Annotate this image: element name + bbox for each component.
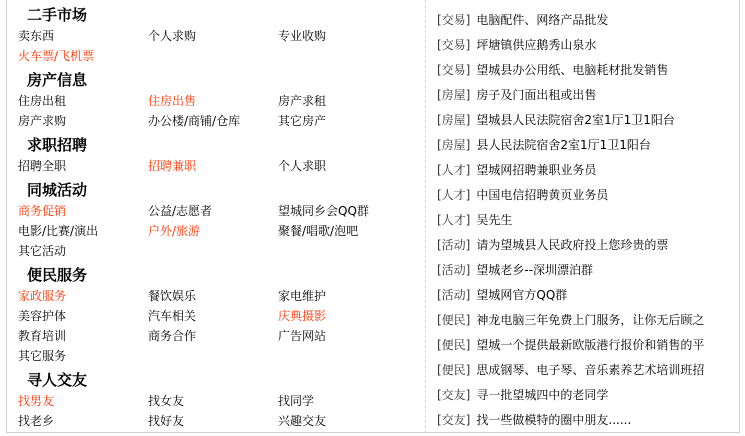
category-link[interactable]: 望城同乡会QQ群 xyxy=(278,201,369,221)
post-title[interactable]: 神龙电脑三年免费上门服务，让你无后顾之 xyxy=(476,313,704,327)
category-row: 住房出租 住房出售 房产求租 xyxy=(18,91,418,111)
category-row: 其它活动 xyxy=(18,241,418,261)
post-item[interactable]: [交易]望城县办公用纸、电脑耗材批发销售 xyxy=(437,58,737,83)
post-title[interactable]: 寻一批望城四中的老同学 xyxy=(476,388,608,402)
post-title[interactable]: 吴先生 xyxy=(476,213,512,227)
post-category: [便民] xyxy=(437,313,470,327)
post-category: [交易] xyxy=(437,63,470,77)
category-link[interactable]: 找同学 xyxy=(278,391,314,411)
category-link[interactable]: 其它服务 xyxy=(18,346,66,366)
category-row: 火车票/飞机票 xyxy=(18,46,418,66)
category-link[interactable]: 找好友 xyxy=(148,411,184,431)
post-item[interactable]: [活动]望城网官方QQ群 xyxy=(437,283,737,308)
post-item[interactable]: [交友]找一些做模特的圈中朋友...... xyxy=(437,408,737,433)
category-link-hot[interactable]: 商务促销 xyxy=(18,201,66,221)
category-link[interactable]: 电影/比赛/演出 xyxy=(18,221,98,241)
post-title[interactable]: 望城网官方QQ群 xyxy=(476,288,567,302)
section-title: 便民服务 xyxy=(18,264,418,286)
post-category: [房屋] xyxy=(437,88,470,102)
post-category: [交易] xyxy=(437,38,470,52)
post-category: [活动] xyxy=(437,288,470,302)
section-real-estate: 房产信息 住房出租 住房出售 房产求租 房产求购 办公楼/商铺/仓库 其它房产 xyxy=(18,69,418,131)
post-title[interactable]: 坪塘镇供应鹅秀山泉水 xyxy=(476,38,596,52)
category-link[interactable]: 房产求购 xyxy=(18,111,66,131)
category-link[interactable]: 卖东西 xyxy=(18,26,54,46)
post-title[interactable]: 找一些做模特的圈中朋友...... xyxy=(476,413,631,427)
category-row: 家政服务 餐饮娱乐 家电维护 xyxy=(18,286,418,306)
post-item[interactable]: [房屋]县人民法院宿舍2室1厅1卫1阳台 xyxy=(437,133,737,158)
category-link-hot[interactable]: 庆典摄影 xyxy=(278,306,326,326)
post-category: [人才] xyxy=(437,213,470,227)
category-row: 找老乡 找好友 兴趣交友 xyxy=(18,411,418,431)
post-title[interactable]: 望城县办公用纸、电脑耗材批发销售 xyxy=(476,63,668,77)
category-link-hot[interactable]: 住房出售 xyxy=(148,91,196,111)
section-title: 房产信息 xyxy=(18,69,418,91)
category-link-hot[interactable]: 家政服务 xyxy=(18,286,66,306)
category-row: 找男友 找女友 找同学 xyxy=(18,391,418,411)
category-link[interactable]: 其它房产 xyxy=(278,111,326,131)
category-row: 商务促销 公益/志愿者 望城同乡会QQ群 xyxy=(18,201,418,221)
category-link[interactable]: 聚餐/唱歌/泡吧 xyxy=(278,221,358,241)
post-item[interactable]: [活动]请为望城县人民政府投上您珍贵的票 xyxy=(437,233,737,258)
post-title[interactable]: 望城一个提供最新欧版港行报价和销售的平 xyxy=(476,338,704,352)
post-category: [房屋] xyxy=(437,138,470,152)
post-title[interactable]: 请为望城县人民政府投上您珍贵的票 xyxy=(476,238,668,252)
category-link[interactable]: 商务合作 xyxy=(148,326,196,346)
category-link[interactable]: 公益/志愿者 xyxy=(148,201,212,221)
category-link[interactable]: 广告网站 xyxy=(278,326,326,346)
category-link[interactable]: 教育培训 xyxy=(18,326,66,346)
category-link-hot[interactable]: 火车票/飞机票 xyxy=(18,46,94,66)
category-link[interactable]: 美容护体 xyxy=(18,306,66,326)
post-item[interactable]: [交易]坪塘镇供应鹅秀山泉水 xyxy=(437,33,737,58)
category-link[interactable]: 个人求购 xyxy=(148,26,196,46)
category-link[interactable]: 办公楼/商铺/仓库 xyxy=(148,111,240,131)
category-row: 电影/比赛/演出 户外/旅游 聚餐/唱歌/泡吧 xyxy=(18,221,418,241)
category-link[interactable]: 餐饮娱乐 xyxy=(148,286,196,306)
post-item[interactable]: [交友]寻一批望城四中的老同学 xyxy=(437,383,737,408)
category-link-hot[interactable]: 户外/旅游 xyxy=(148,221,200,241)
post-title[interactable]: 中国电信招聘黄页业务员 xyxy=(476,188,608,202)
category-link[interactable]: 招聘全职 xyxy=(18,156,66,176)
category-row: 招聘全职 招聘兼职 个人求职 xyxy=(18,156,418,176)
section-title: 求职招聘 xyxy=(18,134,418,156)
post-item[interactable]: [房屋]望城县人民法院宿舍2室1厅1卫1阳台 xyxy=(437,108,737,133)
category-row: 卖东西 个人求购 专业收购 xyxy=(18,26,418,46)
post-title[interactable]: 房子及门面出租或出售 xyxy=(476,88,596,102)
section-find-people: 寻人交友 找男友 找女友 找同学 找老乡 找好友 兴趣交友 xyxy=(18,369,418,431)
post-item[interactable]: [人才]吴先生 xyxy=(437,208,737,233)
post-category: [人才] xyxy=(437,163,470,177)
post-category: [人才] xyxy=(437,188,470,202)
post-category: [便民] xyxy=(437,363,470,377)
post-category: [交友] xyxy=(437,388,470,402)
post-category: [交易] xyxy=(437,13,470,27)
post-category: [便民] xyxy=(437,338,470,352)
post-category: [活动] xyxy=(437,263,470,277)
category-directory: 二手市场 卖东西 个人求购 专业收购 火车票/飞机票 房产信息 住房出租 住房出… xyxy=(18,4,418,431)
category-row: 美容护体 汽车相关 庆典摄影 xyxy=(18,306,418,326)
latest-posts-list: [交易]电脑配件、网络产品批发 [交易]坪塘镇供应鹅秀山泉水 [交易]望城县办公… xyxy=(437,8,737,433)
category-link[interactable]: 兴趣交友 xyxy=(278,411,326,431)
post-item[interactable]: [交易]电脑配件、网络产品批发 xyxy=(437,8,737,33)
category-link[interactable]: 找老乡 xyxy=(18,411,54,431)
category-row: 房产求购 办公楼/商铺/仓库 其它房产 xyxy=(18,111,418,131)
post-title[interactable]: 县人民法院宿舍2室1厅1卫1阳台 xyxy=(476,138,651,152)
section-services: 便民服务 家政服务 餐饮娱乐 家电维护 美容护体 汽车相关 庆典摄影 教育培训 … xyxy=(18,264,418,366)
category-row: 其它服务 xyxy=(18,346,418,366)
section-local-events: 同城活动 商务促销 公益/志愿者 望城同乡会QQ群 电影/比赛/演出 户外/旅游… xyxy=(18,179,418,261)
post-item[interactable]: [便民]望城一个提供最新欧版港行报价和销售的平 xyxy=(437,333,737,358)
section-title: 同城活动 xyxy=(18,179,418,201)
post-title[interactable]: 望城县人民法院宿舍2室1厅1卫1阳台 xyxy=(476,113,675,127)
post-title[interactable]: 电脑配件、网络产品批发 xyxy=(476,13,608,27)
post-category: [房屋] xyxy=(437,113,470,127)
section-jobs: 求职招聘 招聘全职 招聘兼职 个人求职 xyxy=(18,134,418,176)
category-link-hot[interactable]: 找男友 xyxy=(18,391,54,411)
section-second-hand: 二手市场 卖东西 个人求购 专业收购 火车票/飞机票 xyxy=(18,4,418,66)
category-link[interactable]: 住房出租 xyxy=(18,91,66,111)
category-link[interactable]: 汽车相关 xyxy=(148,306,196,326)
post-item[interactable]: [人才]中国电信招聘黄页业务员 xyxy=(437,183,737,208)
category-link-hot[interactable]: 招聘兼职 xyxy=(148,156,196,176)
category-link[interactable]: 专业收购 xyxy=(278,26,326,46)
post-category: [活动] xyxy=(437,238,470,252)
category-link[interactable]: 房产求租 xyxy=(278,91,326,111)
category-link[interactable]: 其它活动 xyxy=(18,241,66,261)
post-item[interactable]: [便民]思成钢琴、电子琴、音乐素养艺术培训班招 xyxy=(437,358,737,383)
category-row: 教育培训 商务合作 广告网站 xyxy=(18,326,418,346)
section-title: 二手市场 xyxy=(18,4,418,26)
post-category: [交友] xyxy=(437,413,470,427)
category-link[interactable]: 找女友 xyxy=(148,391,184,411)
section-title: 寻人交友 xyxy=(18,369,418,391)
column-divider xyxy=(425,0,426,433)
post-title[interactable]: 望城老乡--深圳漂泊群 xyxy=(476,263,593,277)
post-title[interactable]: 思成钢琴、电子琴、音乐素养艺术培训班招 xyxy=(476,363,704,377)
post-title[interactable]: 望城网招聘兼职业务员 xyxy=(476,163,596,177)
post-item[interactable]: [人才]望城网招聘兼职业务员 xyxy=(437,158,737,183)
category-link[interactable]: 家电维护 xyxy=(278,286,326,306)
post-item[interactable]: [房屋]房子及门面出租或出售 xyxy=(437,83,737,108)
post-item[interactable]: [活动]望城老乡--深圳漂泊群 xyxy=(437,258,737,283)
category-link[interactable]: 个人求职 xyxy=(278,156,326,176)
post-item[interactable]: [便民]神龙电脑三年免费上门服务，让你无后顾之 xyxy=(437,308,737,333)
